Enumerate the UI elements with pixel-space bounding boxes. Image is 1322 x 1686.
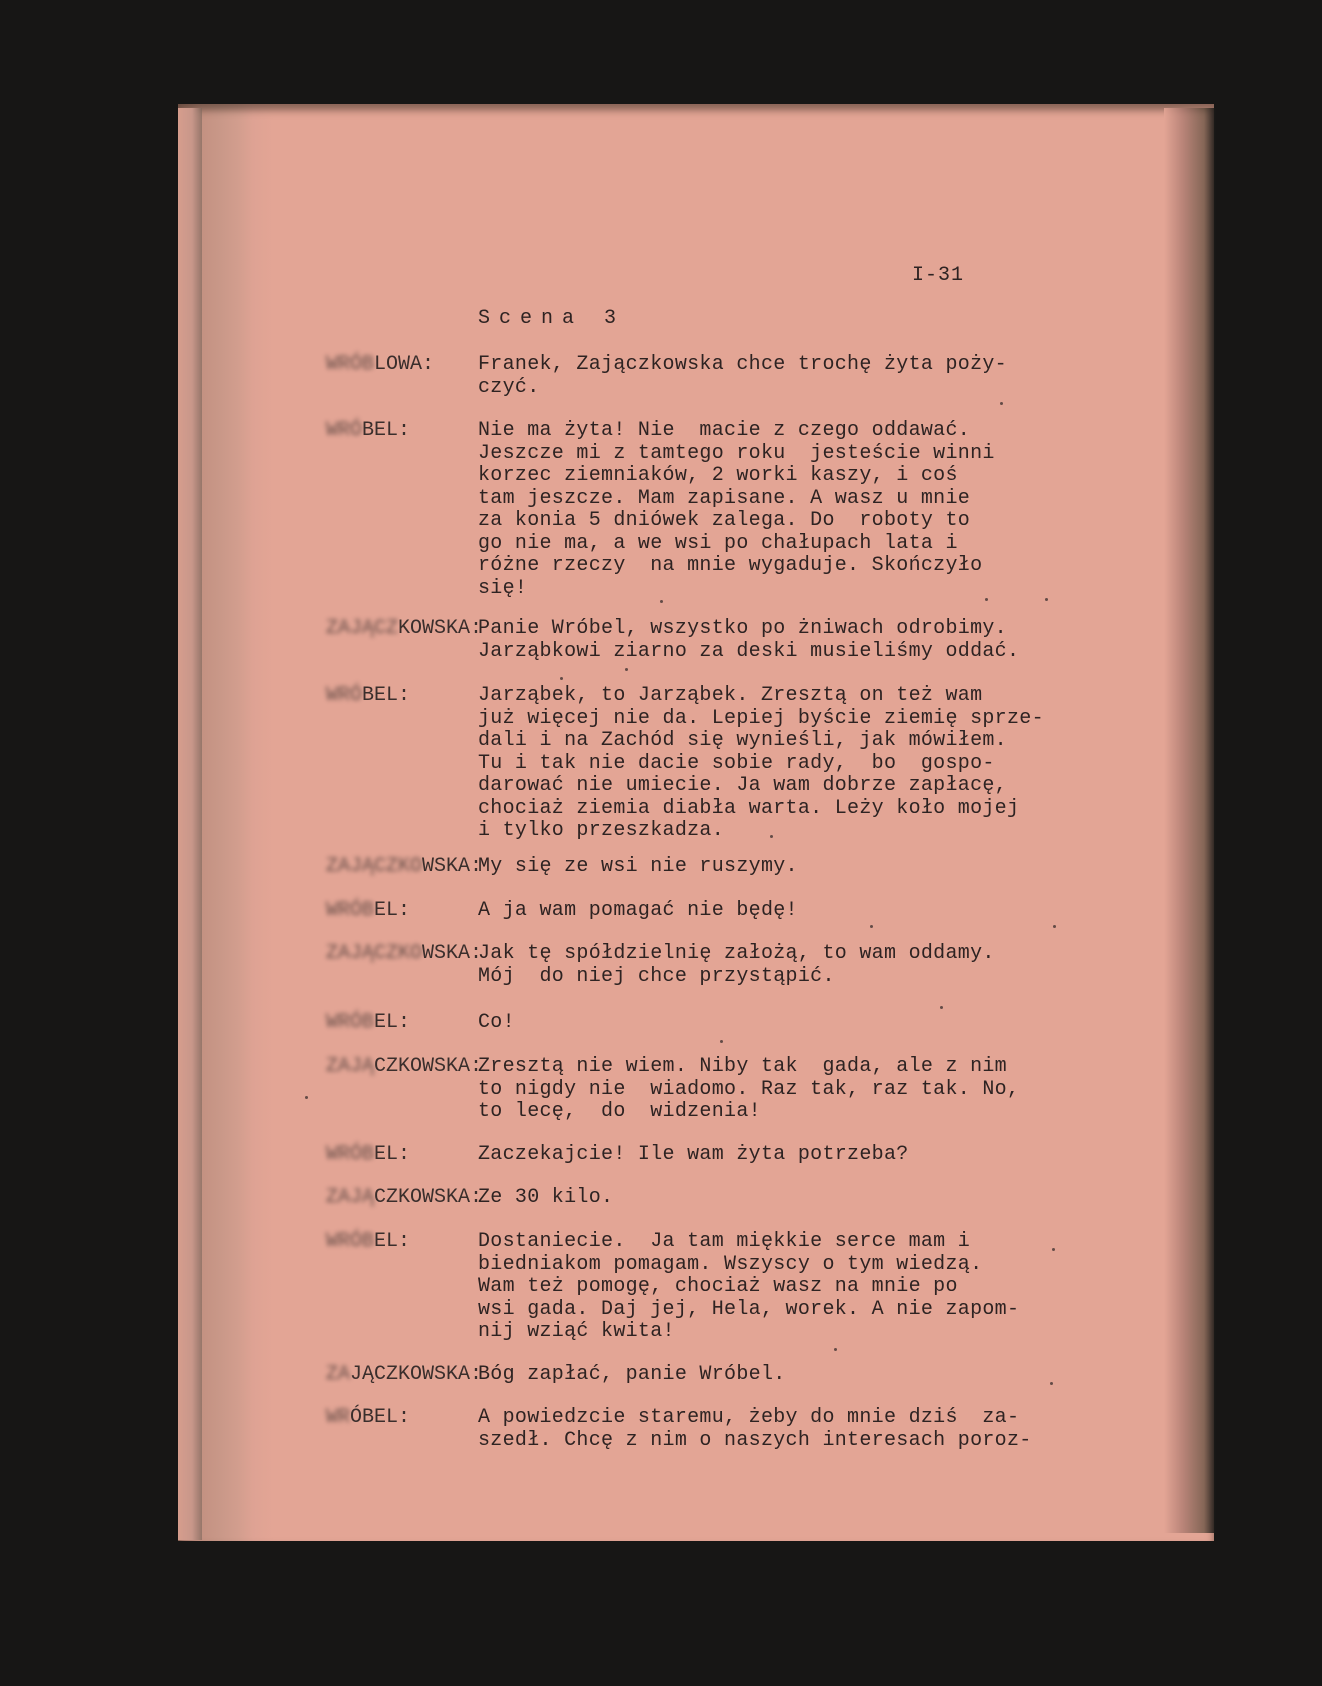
speaker-name-blurred-part: ZAJĄ <box>326 1186 374 1209</box>
speech-line: Tu i tak nie dacie sobie rady, bo gospo- <box>478 753 1044 776</box>
ink-speck <box>985 598 988 601</box>
speech-line: korzec ziemniaków, 2 worki kaszy, i coś <box>478 465 995 488</box>
speech-line: Zaczekajcie! Ile wam żyta potrzeba? <box>478 1144 909 1167</box>
speech-line: biedniakom pomagam. Wszyscy o tym wiedzą… <box>478 1254 1019 1277</box>
speech-line: Ze 30 kilo. <box>478 1187 613 1210</box>
speech-line: Bóg zapłać, panie Wróbel. <box>478 1364 786 1387</box>
speech-text: Jak tę spółdzielnię założą, to wam oddam… <box>478 943 995 988</box>
speaker-name-visible-part: LOWA: <box>374 353 434 376</box>
speech-line: A ja wam pomagać nie będę! <box>478 900 798 923</box>
ink-speck <box>770 835 773 838</box>
speaker-name: ZAJĄCZKOWSKA: <box>326 1187 481 1210</box>
speaker-name-visible-part: WSKA: <box>422 855 482 878</box>
speech-line: Nie ma żyta! Nie macie z czego oddawać. <box>478 420 995 443</box>
speaker-name-blurred-part: WRÓB <box>326 1143 374 1166</box>
speech-line: A powiedzcie staremu, żeby do mnie dziś … <box>478 1407 1032 1430</box>
speaker-name-visible-part: WSKA: <box>422 942 482 965</box>
ink-speck <box>305 1096 308 1099</box>
speaker-name-visible-part: BEL: <box>362 684 410 707</box>
speech-text: Dostaniecie. Ja tam miękkie serce mam ib… <box>478 1231 1019 1344</box>
speech-text: Jarząbek, to Jarząbek. Zresztą on też wa… <box>478 685 1044 843</box>
speaker-name-visible-part: EL: <box>374 899 410 922</box>
ink-speck <box>1045 598 1048 601</box>
ink-speck <box>1050 1382 1053 1385</box>
speech-text: Zaczekajcie! Ile wam żyta potrzeba? <box>478 1144 909 1167</box>
speaker-name-blurred-part: ZAJĄ <box>326 1055 374 1078</box>
speaker-name-visible-part: KOWSKA: <box>398 617 482 640</box>
speaker-name-visible-part: JĄCZKOWSKA: <box>350 1363 482 1386</box>
speech-line: się! <box>478 578 995 601</box>
speech-line: dali i na Zachód się wynieśli, jak mówił… <box>478 730 1044 753</box>
speech-line: szedł. Chcę z nim o naszych interesach p… <box>478 1430 1032 1453</box>
speaker-name-blurred-part: WRÓB <box>326 353 374 376</box>
speaker-name: WRÓBEL: <box>326 685 481 708</box>
speaker-name-blurred-part: WRÓ <box>326 419 362 442</box>
speech-text: Franek, Zajączkowska chce trochę żyta po… <box>478 354 1007 399</box>
ink-speck <box>1052 1248 1055 1251</box>
speech-line: Co! <box>478 1012 515 1035</box>
ink-speck <box>720 1040 723 1043</box>
scene-title: Scena 3 <box>478 308 625 331</box>
speaker-name: ZAJĄCZKOWSKA: <box>326 943 481 966</box>
ink-speck <box>1053 925 1056 928</box>
speech-text: Nie ma żyta! Nie macie z czego oddawać.J… <box>478 420 995 600</box>
speaker-name: WRÓBEL: <box>326 1231 481 1254</box>
speech-text: Zresztą nie wiem. Niby tak gada, ale z n… <box>478 1056 1019 1124</box>
speaker-name-visible-part: CZKOWSKA: <box>374 1186 482 1209</box>
ink-speck <box>560 677 563 680</box>
speech-line: Jarząbek, to Jarząbek. Zresztą on też wa… <box>478 685 1044 708</box>
speaker-name-visible-part: BEL: <box>362 419 410 442</box>
speaker-name-visible-part: EL: <box>374 1011 410 1034</box>
speaker-name: WRÓBEL: <box>326 1012 481 1035</box>
speech-line: czyć. <box>478 377 1007 400</box>
speaker-name: WRÓBEL: <box>326 900 481 923</box>
ink-speck <box>940 1006 943 1009</box>
speaker-name-visible-part: EL: <box>374 1143 410 1166</box>
speaker-name-blurred-part: ZAJĄCZ <box>326 617 398 640</box>
speech-line: wsi gada. Daj jej, Hela, worek. A nie za… <box>478 1299 1019 1322</box>
speech-text: Ze 30 kilo. <box>478 1187 613 1210</box>
speech-text: Co! <box>478 1012 515 1035</box>
speaker-name-blurred-part: WRÓ <box>326 684 362 707</box>
ink-speck <box>1000 402 1003 405</box>
speaker-name-blurred-part: WRÓB <box>326 1011 374 1034</box>
speech-text: A ja wam pomagać nie będę! <box>478 900 798 923</box>
speech-line: tam jeszcze. Mam zapisane. A wasz u mnie <box>478 488 995 511</box>
speech-line: chociaż ziemia diabła warta. Leży koło m… <box>478 798 1044 821</box>
ink-speck <box>834 1348 837 1351</box>
speech-text: My się ze wsi nie ruszymy. <box>478 856 798 879</box>
speech-line: za konia 5 dniówek zalega. Do roboty to <box>478 510 995 533</box>
speech-line: darować nie umiecie. Ja wam dobrze zapła… <box>478 775 1044 798</box>
speech-line: to nigdy nie wiadomo. Raz tak, raz tak. … <box>478 1079 1019 1102</box>
speech-line: Jarząbkowi ziarno za deski musieliśmy od… <box>478 641 1019 664</box>
speaker-name-blurred-part: WRÓB <box>326 899 374 922</box>
speaker-name-visible-part: ÓBEL: <box>350 1406 410 1429</box>
page-number: I-31 <box>912 265 964 288</box>
speech-line: go nie ma, a we wsi po chałupach lata i <box>478 533 995 556</box>
speaker-name: ZAJĄCZKOWSKA: <box>326 1364 481 1387</box>
speaker-name: WRÓBEL: <box>326 1144 481 1167</box>
speech-line: Panie Wróbel, wszystko po żniwach odrobi… <box>478 618 1019 641</box>
speaker-name-blurred-part: WRÓB <box>326 1230 374 1253</box>
speech-line: Dostaniecie. Ja tam miękkie serce mam i <box>478 1231 1019 1254</box>
speaker-name-visible-part: CZKOWSKA: <box>374 1055 482 1078</box>
ink-speck <box>870 925 873 928</box>
speaker-name: ZAJĄCZKOWSKA: <box>326 618 481 641</box>
speech-line: Zresztą nie wiem. Niby tak gada, ale z n… <box>478 1056 1019 1079</box>
ink-speck <box>625 668 628 671</box>
speech-line: już więcej nie da. Lepiej byście ziemię … <box>478 708 1044 731</box>
speaker-name: WRÓBEL: <box>326 1407 481 1430</box>
speaker-name-blurred-part: ZA <box>326 1363 350 1386</box>
ink-speck <box>660 600 663 603</box>
speaker-name-visible-part: EL: <box>374 1230 410 1253</box>
speaker-name: WRÓBEL: <box>326 420 481 443</box>
speech-line: Franek, Zajączkowska chce trochę żyta po… <box>478 354 1007 377</box>
speech-line: to lecę, do widzenia! <box>478 1101 1019 1124</box>
speaker-name: ZAJĄCZKOWSKA: <box>326 856 481 879</box>
speech-line: nij wziąć kwita! <box>478 1321 1019 1344</box>
page-text: I-31 Scena 3 WRÓBLOWA:Franek, Zajączkows… <box>0 0 1322 1686</box>
speaker-name-blurred-part: WR <box>326 1406 350 1429</box>
speaker-name: ZAJĄCZKOWSKA: <box>326 1056 481 1079</box>
speaker-name-blurred-part: ZAJĄCZKO <box>326 942 422 965</box>
speech-text: Bóg zapłać, panie Wróbel. <box>478 1364 786 1387</box>
speech-line: i tylko przeszkadza. <box>478 820 1044 843</box>
speech-text: A powiedzcie staremu, żeby do mnie dziś … <box>478 1407 1032 1452</box>
speaker-name: WRÓBLOWA: <box>326 354 481 377</box>
speech-line: Wam też pomogę, chociaż wasz na mnie po <box>478 1276 1019 1299</box>
speech-line: My się ze wsi nie ruszymy. <box>478 856 798 879</box>
speech-line: Mój do niej chce przystąpić. <box>478 966 995 989</box>
speech-line: Jak tę spółdzielnię założą, to wam oddam… <box>478 943 995 966</box>
speech-text: Panie Wróbel, wszystko po żniwach odrobi… <box>478 618 1019 663</box>
speech-line: różne rzeczy na mnie wygaduje. Skończyło <box>478 555 995 578</box>
speech-line: Jeszcze mi z tamtego roku jesteście winn… <box>478 443 995 466</box>
speaker-name-blurred-part: ZAJĄCZKO <box>326 855 422 878</box>
